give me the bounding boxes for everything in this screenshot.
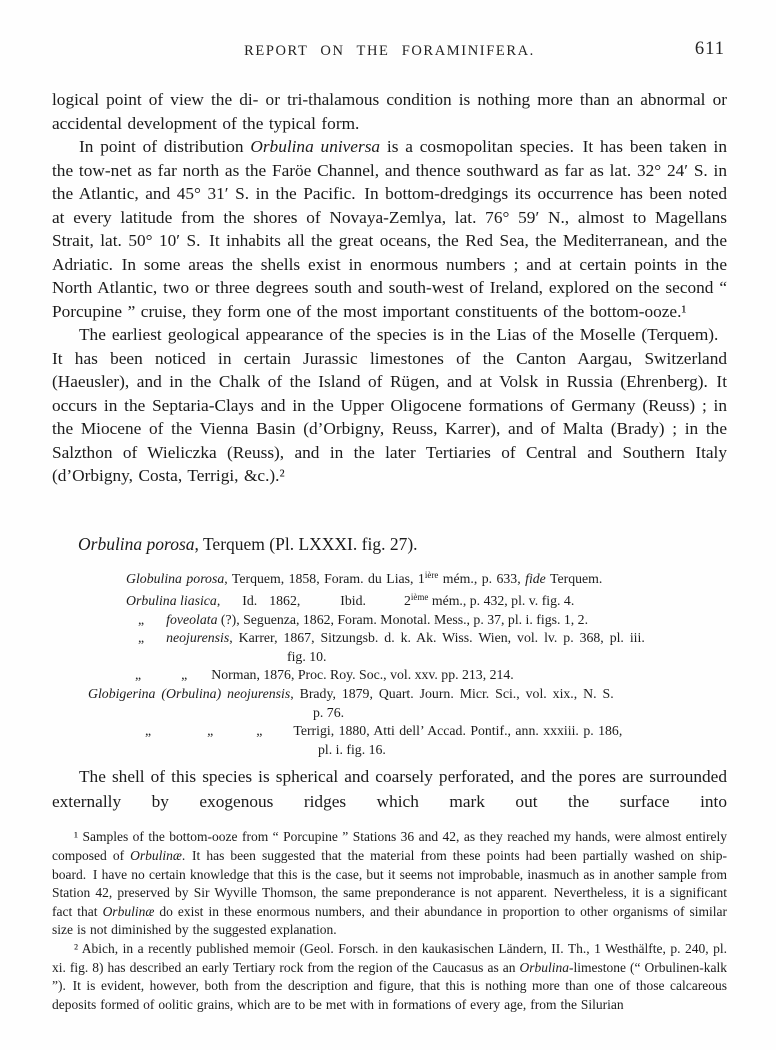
- page-header: REPORT ON THE FORAMINIFERA. 611: [52, 42, 727, 64]
- italic-text: Globigerina (Orbulina) neojurensis: [88, 686, 290, 701]
- text-run: , Karrer, 1867, Sitzungsb. d. k. Ak. Wis…: [229, 630, 645, 645]
- footnote: ¹ Samples of the bottom-ooze from “ Porc…: [52, 828, 727, 940]
- column-gap: [300, 604, 340, 605]
- column-gap: [366, 604, 404, 605]
- synonymy-row: Globulina porosa, Terquem, 1858, Foram. …: [126, 566, 727, 589]
- italic-text: Orbulina liasica: [126, 593, 217, 608]
- text-run: The earliest geological appearance of th…: [52, 325, 727, 485]
- text-run: „: [138, 612, 144, 627]
- synonymy-row: „neojurensis, Karrer, 1867, Sitzungsb. d…: [138, 629, 727, 648]
- synonymy-row: fig. 10.: [287, 648, 727, 667]
- text-run: The shell of this species is spherical a…: [52, 767, 727, 811]
- text-run: , Terquem (Pl. LXXXI. fig. 27).: [195, 534, 418, 554]
- text-run: „: [207, 723, 213, 738]
- text-run: Terquem.: [546, 571, 602, 586]
- text-run: , Brady, 1879, Quart. Journ. Micr. Sci.,…: [290, 686, 613, 701]
- text-run: Norman, 1876, Proc. Roy. Soc., vol. xxv.…: [211, 667, 514, 682]
- text-run: do exist in these enormous numbers, and …: [52, 904, 727, 938]
- column-gap: [213, 734, 256, 735]
- paragraph: In point of distribution Orbulina univer…: [52, 135, 727, 323]
- column-gap: [151, 734, 207, 735]
- synonymy-row: p. 76.: [313, 704, 727, 723]
- text-run: ,: [217, 593, 220, 608]
- italic-text: neojurensis: [166, 630, 229, 645]
- italic-text: fide: [525, 571, 546, 586]
- species-heading: Orbulina porosa, Terquem (Pl. LXXXI. fig…: [78, 533, 727, 555]
- superscript: ième: [411, 592, 429, 602]
- superscript: ière: [425, 570, 439, 580]
- text-run: mém., p. 432, pl. v. fig. 4.: [428, 593, 574, 608]
- paragraph: logical point of view the di- or tri-tha…: [52, 88, 727, 135]
- text-run: „: [138, 630, 144, 645]
- italic-text: Orbulina porosa: [78, 534, 195, 554]
- synonymy-row: „„„Terrigi, 1880, Atti dell’ Accad. Pont…: [145, 722, 727, 741]
- text-run: logical point of view the di- or tri-tha…: [52, 90, 727, 133]
- column-gap: [262, 734, 293, 735]
- footnotes: ¹ Samples of the bottom-ooze from “ Porc…: [52, 828, 727, 1014]
- italic-text: foveolata: [166, 612, 217, 627]
- italic-text: Orbulina: [519, 960, 569, 975]
- text-run: Id.: [242, 593, 257, 608]
- text-run: fig. 10.: [287, 649, 326, 664]
- italic-text: Orbulinæ: [103, 904, 155, 919]
- synonymy-row: pl. i. fig. 16.: [318, 741, 727, 760]
- description-paragraph: The shell of this species is spherical a…: [52, 765, 727, 814]
- text-run: , Terquem, 1858, Foram. du Lias, 1: [224, 571, 425, 586]
- italic-text: Orbulina universa: [250, 137, 380, 156]
- text-run: is a cosmopolitan species. It has been t…: [52, 137, 727, 321]
- synonymy-row: Globigerina (Orbulina) neojurensis, Brad…: [88, 685, 727, 704]
- column-gap: [141, 678, 181, 679]
- text-run: „: [145, 723, 151, 738]
- text-run: (?), Seguenza, 1862, Foram. Monotal. Mes…: [217, 612, 588, 627]
- italic-text: Orbulinæ: [130, 848, 182, 863]
- column-gap: [187, 678, 211, 679]
- text-run: In point of distribution: [79, 137, 250, 156]
- text-run: „: [135, 667, 141, 682]
- column-gap: [257, 604, 269, 605]
- page-number: 611: [695, 39, 725, 60]
- synonymy-list: Globulina porosa, Terquem, 1858, Foram. …: [52, 566, 727, 760]
- footnote: ² Abich, in a recently published memoir …: [52, 940, 727, 1014]
- running-title: REPORT ON THE FORAMINIFERA.: [244, 43, 535, 59]
- column-gap: [220, 604, 242, 605]
- text-run: Terrigi, 1880, Atti dell’ Accad. Pontif.…: [293, 723, 622, 738]
- column-gap: [144, 641, 166, 642]
- body-paragraphs: logical point of view the di- or tri-tha…: [52, 88, 727, 488]
- text-run: pl. i. fig. 16.: [318, 742, 386, 757]
- text-run: mém., p. 633,: [438, 571, 525, 586]
- synonymy-row: Orbulina liasica,Id.1862,Ibid.2ième mém.…: [126, 588, 727, 611]
- text-run: Ibid.: [340, 593, 366, 608]
- text-run: 2: [404, 593, 411, 608]
- text-run: 1862,: [269, 593, 300, 608]
- paragraph: The earliest geological appearance of th…: [52, 323, 727, 488]
- text-run: p. 76.: [313, 705, 344, 720]
- italic-text: Globulina porosa: [126, 571, 224, 586]
- scanned-report-page: REPORT ON THE FORAMINIFERA. 611 logical …: [0, 0, 776, 1050]
- synonymy-row: „„Norman, 1876, Proc. Roy. Soc., vol. xx…: [135, 666, 727, 685]
- text-run: „: [181, 667, 187, 682]
- text-run: „: [256, 723, 262, 738]
- column-gap: [144, 623, 166, 624]
- synonymy-row: „foveolata (?), Seguenza, 1862, Foram. M…: [138, 611, 727, 630]
